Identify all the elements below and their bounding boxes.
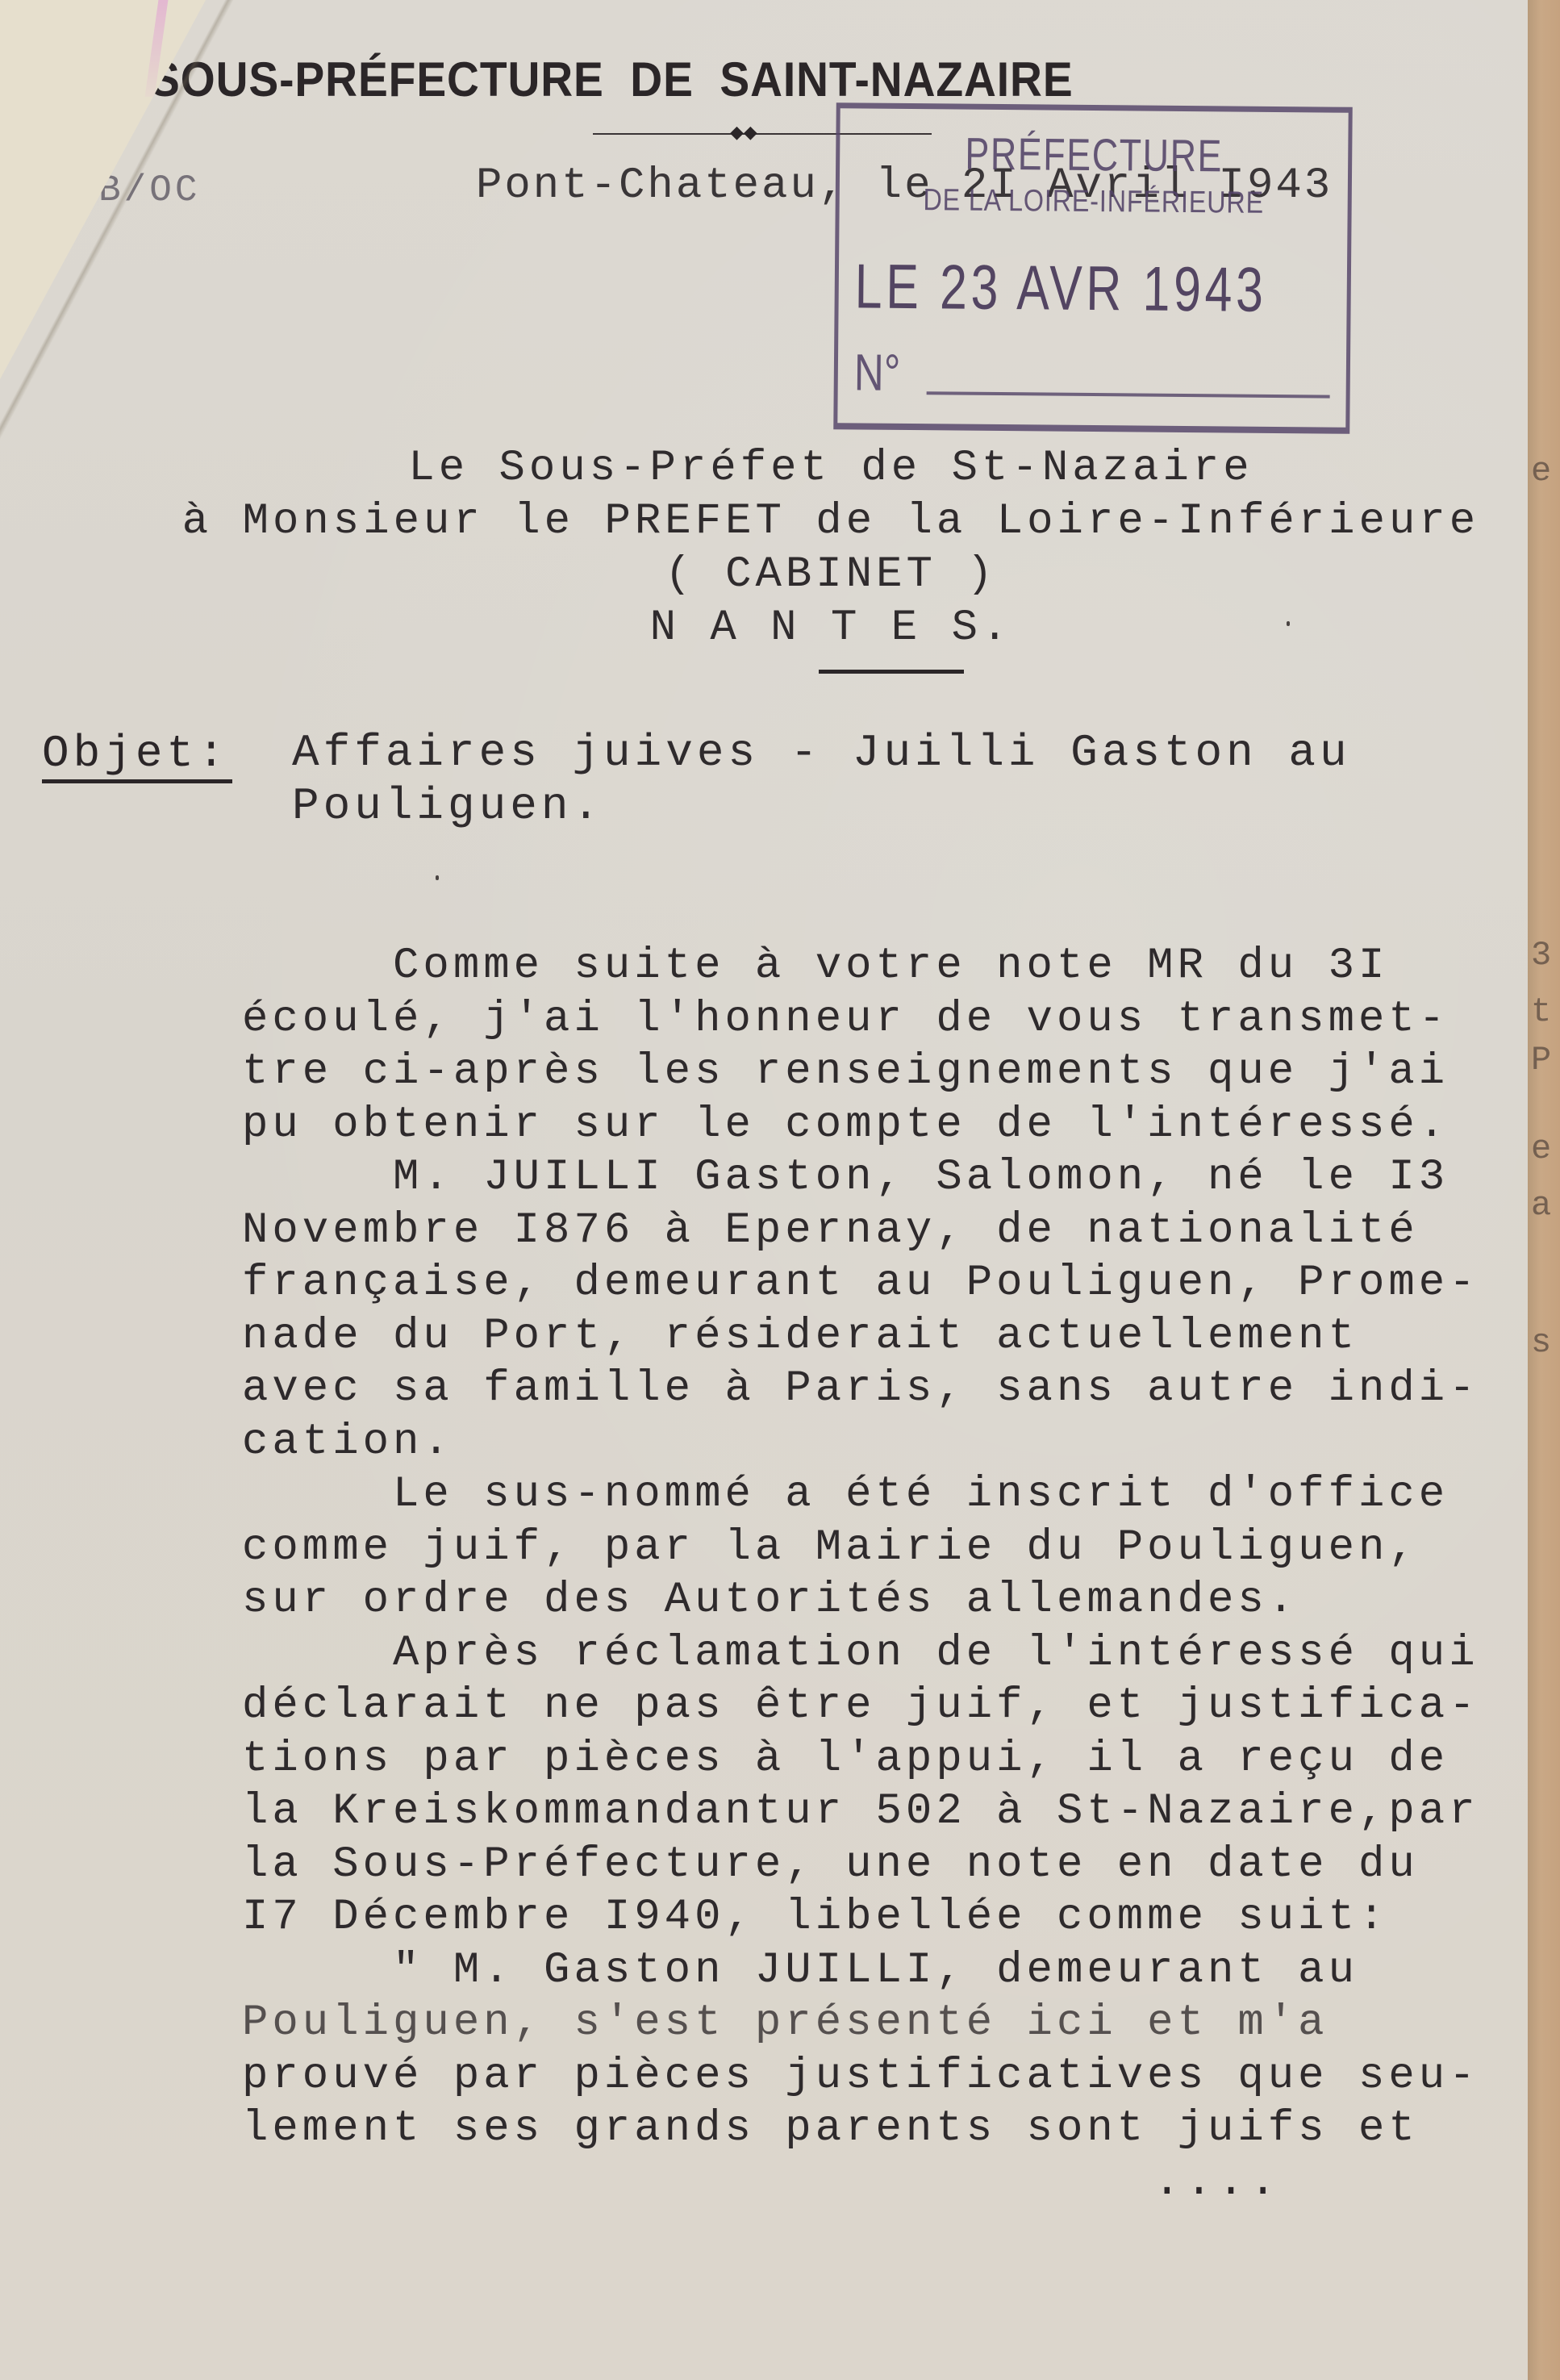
body-line: Pouliguen, s'est présenté ici et m'a <box>242 1997 1479 2050</box>
subject-line-1: Affaires juives - Juilli Gaston au <box>292 726 1351 779</box>
reception-stamp: PRÉFECTURE DE LA LOIRE-INFÉRIEURE LE 23 … <box>833 102 1353 434</box>
body-line: cation. <box>242 1416 1479 1469</box>
body-line: pu obtenir sur le compte de l'intéressé. <box>242 1099 1479 1152</box>
body-line: nade du Port, résiderait actuellement <box>242 1310 1479 1363</box>
body-line: tre ci-après les renseignements que j'ai <box>242 1046 1479 1099</box>
city-line: N A N T E S. <box>121 602 1541 655</box>
subject-label-underline <box>42 779 232 783</box>
body-line: prouvé par pièces justificatives que seu… <box>242 2050 1479 2103</box>
subject-line-2: Pouliguen. <box>292 779 1351 833</box>
bleed-char: a <box>1531 1186 1551 1225</box>
body-line: " M. Gaston JUILLI, demeurant au <box>242 1944 1479 1998</box>
body-line: Le sus-nommé a été inscrit d'office <box>242 1468 1479 1522</box>
bleed-char: e <box>1531 452 1551 491</box>
stamp-department: DE LA LOIRE-INFÉRIEURE <box>878 183 1310 222</box>
subject-label: Objet: <box>42 728 229 779</box>
ornament-diamond-icon: ◆◆ <box>730 127 757 139</box>
body-line: sur ordre des Autorités allemandes. <box>242 1574 1479 1627</box>
addressee-block: Le Sous-Préfet de St-Nazaire à Monsieur … <box>121 442 1541 655</box>
body-line: avec sa famille à Paris, sans autre indi… <box>242 1363 1479 1416</box>
subject-text: Affaires juives - Juilli Gaston au Pouli… <box>292 726 1351 833</box>
body-line: lement ses grands parents sont juifs et <box>242 2102 1479 2156</box>
ink-speck <box>436 875 439 880</box>
bleed-char: e <box>1531 1129 1551 1168</box>
letterhead-title: SOUS-PRÉFECTURE DE SAINT-NAZAIRE <box>150 52 1074 107</box>
stamp-prefecture: PRÉFECTURE <box>891 127 1298 182</box>
backing-strip: e 3 t P e a s <box>1528 0 1560 2380</box>
body-line: la Sous-Préfecture, une note en date du <box>242 1839 1479 1892</box>
stamp-number-label: N° <box>854 342 901 402</box>
ink-speck <box>1287 621 1290 626</box>
body-line: la Kreiskommandantur 502 à St-Nazaire,pa… <box>242 1785 1479 1839</box>
body-line: Comme suite à votre note MR du 3I <box>242 940 1479 993</box>
body-line: tions par pièces à l'appui, il a reçu de <box>242 1733 1479 1786</box>
body-line: écoulé, j'ai l'honneur de vous transmet- <box>242 993 1479 1046</box>
body-line: I7 Décembre I940, libellée comme suit: <box>242 1891 1479 1944</box>
city-underline <box>819 670 964 674</box>
body-line: Novembre I876 à Epernay, de nationalité <box>242 1205 1479 1258</box>
bleed-char: t <box>1531 992 1551 1031</box>
document-page: SOUS-PRÉFECTURE DE SAINT-NAZAIRE ◆◆ B/OC… <box>0 0 1541 2380</box>
office-line: ( CABINET ) <box>121 549 1541 602</box>
stamp-date: LE 23 AVR 1943 <box>854 249 1267 326</box>
stamp-number-line <box>927 391 1330 398</box>
body-line: comme juif, par la Mairie du Pouliguen, <box>242 1522 1479 1575</box>
body-line: Après réclamation de l'intéressé qui <box>242 1627 1479 1681</box>
body-line: française, demeurant au Pouliguen, Prome… <box>242 1257 1479 1310</box>
bleed-char: P <box>1531 1041 1551 1079</box>
bleed-char: 3 <box>1531 936 1551 975</box>
letter-body: Comme suite à votre note MR du 3I écoulé… <box>242 940 1479 2156</box>
recipient-line: à Monsieur le PREFET de la Loire-Inférie… <box>121 495 1541 549</box>
reference-code: B/OC <box>98 169 200 211</box>
continuation-dots: .... <box>1153 2156 1281 2207</box>
body-line: déclarait ne pas être juif, et justifica… <box>242 1680 1479 1733</box>
bleed-char: s <box>1531 1323 1551 1362</box>
body-line: M. JUILLI Gaston, Salomon, né le I3 <box>242 1151 1479 1205</box>
sender-line: Le Sous-Préfet de St-Nazaire <box>121 442 1541 495</box>
